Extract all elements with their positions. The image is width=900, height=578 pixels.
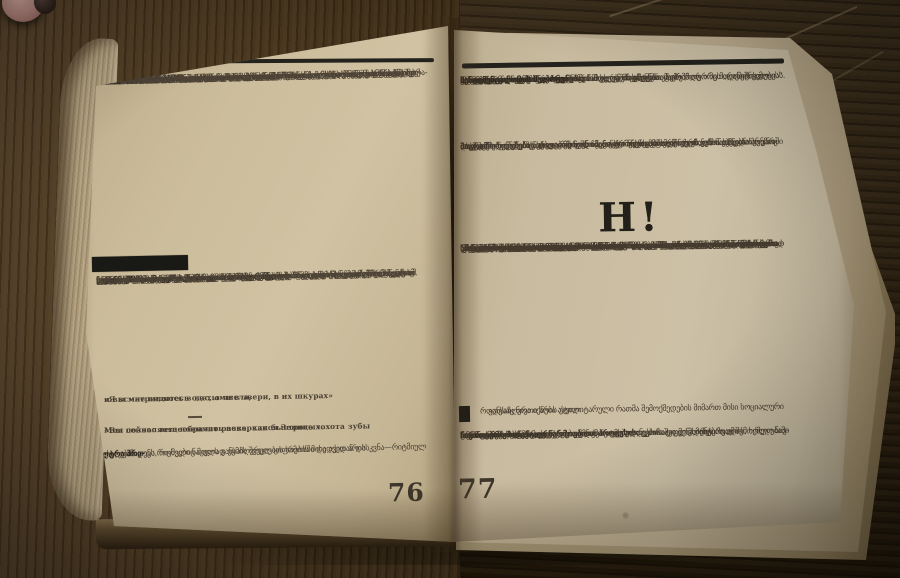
book-photo-scene: ჩვენი მეტყველების საწყისი საწყისი არის ხ… bbox=[0, 0, 900, 578]
photo-vignette bbox=[0, 0, 900, 578]
